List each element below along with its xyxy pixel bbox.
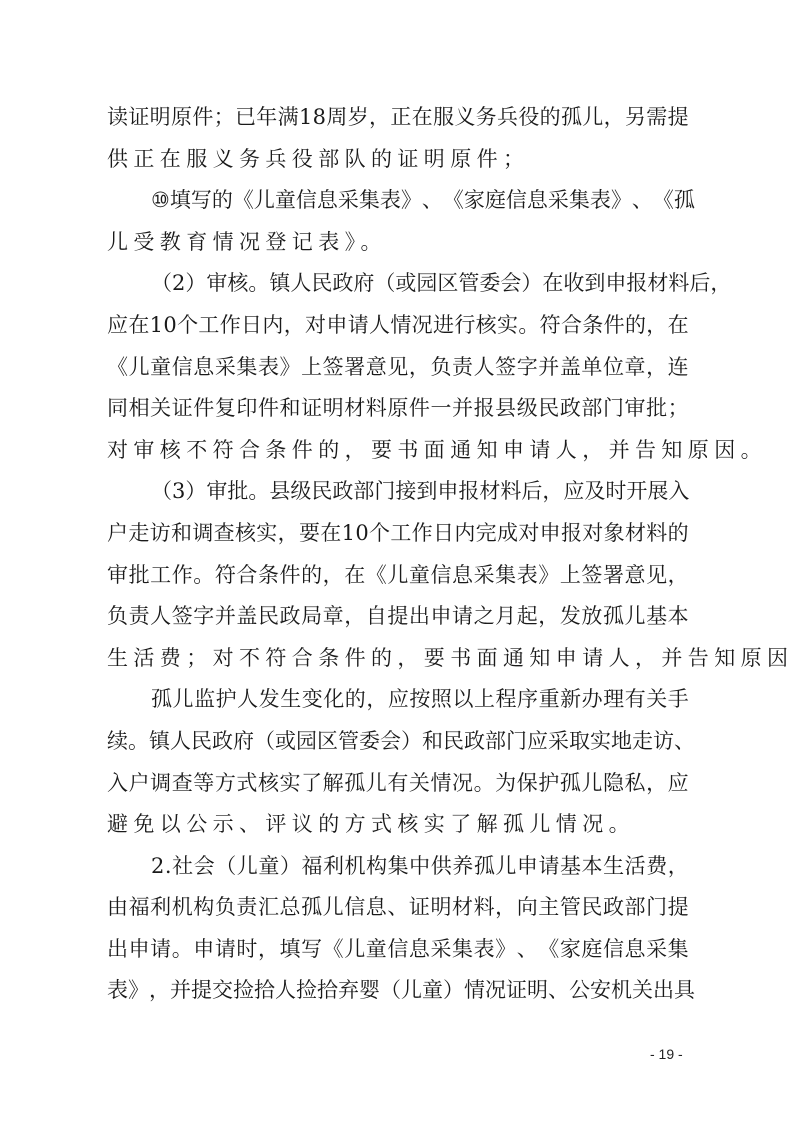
text-line: 由福利机构负责汇总孤儿信息、证明材料，向主管民政部门提 [107, 887, 689, 929]
text-line: 供正在服义务兵役部队的证明原件； [107, 139, 689, 181]
text-line: 儿受教育情况登记表》。 [107, 222, 689, 264]
text-line: 出申请。申请时，填写《儿童信息采集表》、《家庭信息采集 [107, 929, 689, 971]
body-text: 读证明原件；已年满18周岁，正在服义务兵役的孤儿，另需提 供正在服义务兵役部队的… [107, 97, 689, 1012]
text-line: 孤儿监护人发生变化的，应按照以上程序重新办理有关手 [107, 679, 689, 721]
text-line: 户走访和调查核实，要在10个工作日内完成对申报对象材料的 [107, 513, 689, 555]
text-line: 避免以公示、评议的方式核实了解孤儿情况。 [107, 804, 689, 846]
text-line: 续。镇人民政府（或园区管委会）和民政部门应采取实地走访、 [107, 721, 689, 763]
text-line: 读证明原件；已年满18周岁，正在服义务兵役的孤儿，另需提 [107, 97, 689, 139]
text-line: 入户调查等方式核实了解孤儿有关情况。为保护孤儿隐私，应 [107, 763, 689, 805]
text-line: 同相关证件复印件和证明材料原件一并报县级民政部门审批； [107, 388, 689, 430]
text-line: （3）审批。县级民政部门接到申报材料后，应及时开展入 [107, 471, 689, 513]
text-line: （2）审核。镇人民政府（或园区管委会）在收到申报材料后， [107, 263, 689, 305]
text-line: ⑩填写的《儿童信息采集表》、《家庭信息采集表》、《孤 [107, 180, 689, 222]
page-number: - 19 - [650, 1046, 683, 1062]
text-line: 生活费；对不符合条件的，要书面通知申请人，并告知原因。 [107, 638, 689, 680]
text-line: 表》，并提交捡拾人捡拾弃婴（儿童）情况证明、公安机关出具 [107, 970, 689, 1012]
document-page: 读证明原件；已年满18周岁，正在服义务兵役的孤儿，另需提 供正在服义务兵役部队的… [0, 0, 793, 1122]
text-line: 对审核不符合条件的，要书面通知申请人，并告知原因。 [107, 430, 689, 472]
text-line: 审批工作。符合条件的，在《儿童信息采集表》上签署意见， [107, 555, 689, 597]
text-line: 2.社会（儿童）福利机构集中供养孤儿申请基本生活费， [107, 846, 689, 888]
text-line: 《儿童信息采集表》上签署意见，负责人签字并盖单位章，连 [107, 347, 689, 389]
text-line: 应在10个工作日内，对申请人情况进行核实。符合条件的，在 [107, 305, 689, 347]
text-line: 负责人签字并盖民政局章，自提出申请之月起，发放孤儿基本 [107, 596, 689, 638]
